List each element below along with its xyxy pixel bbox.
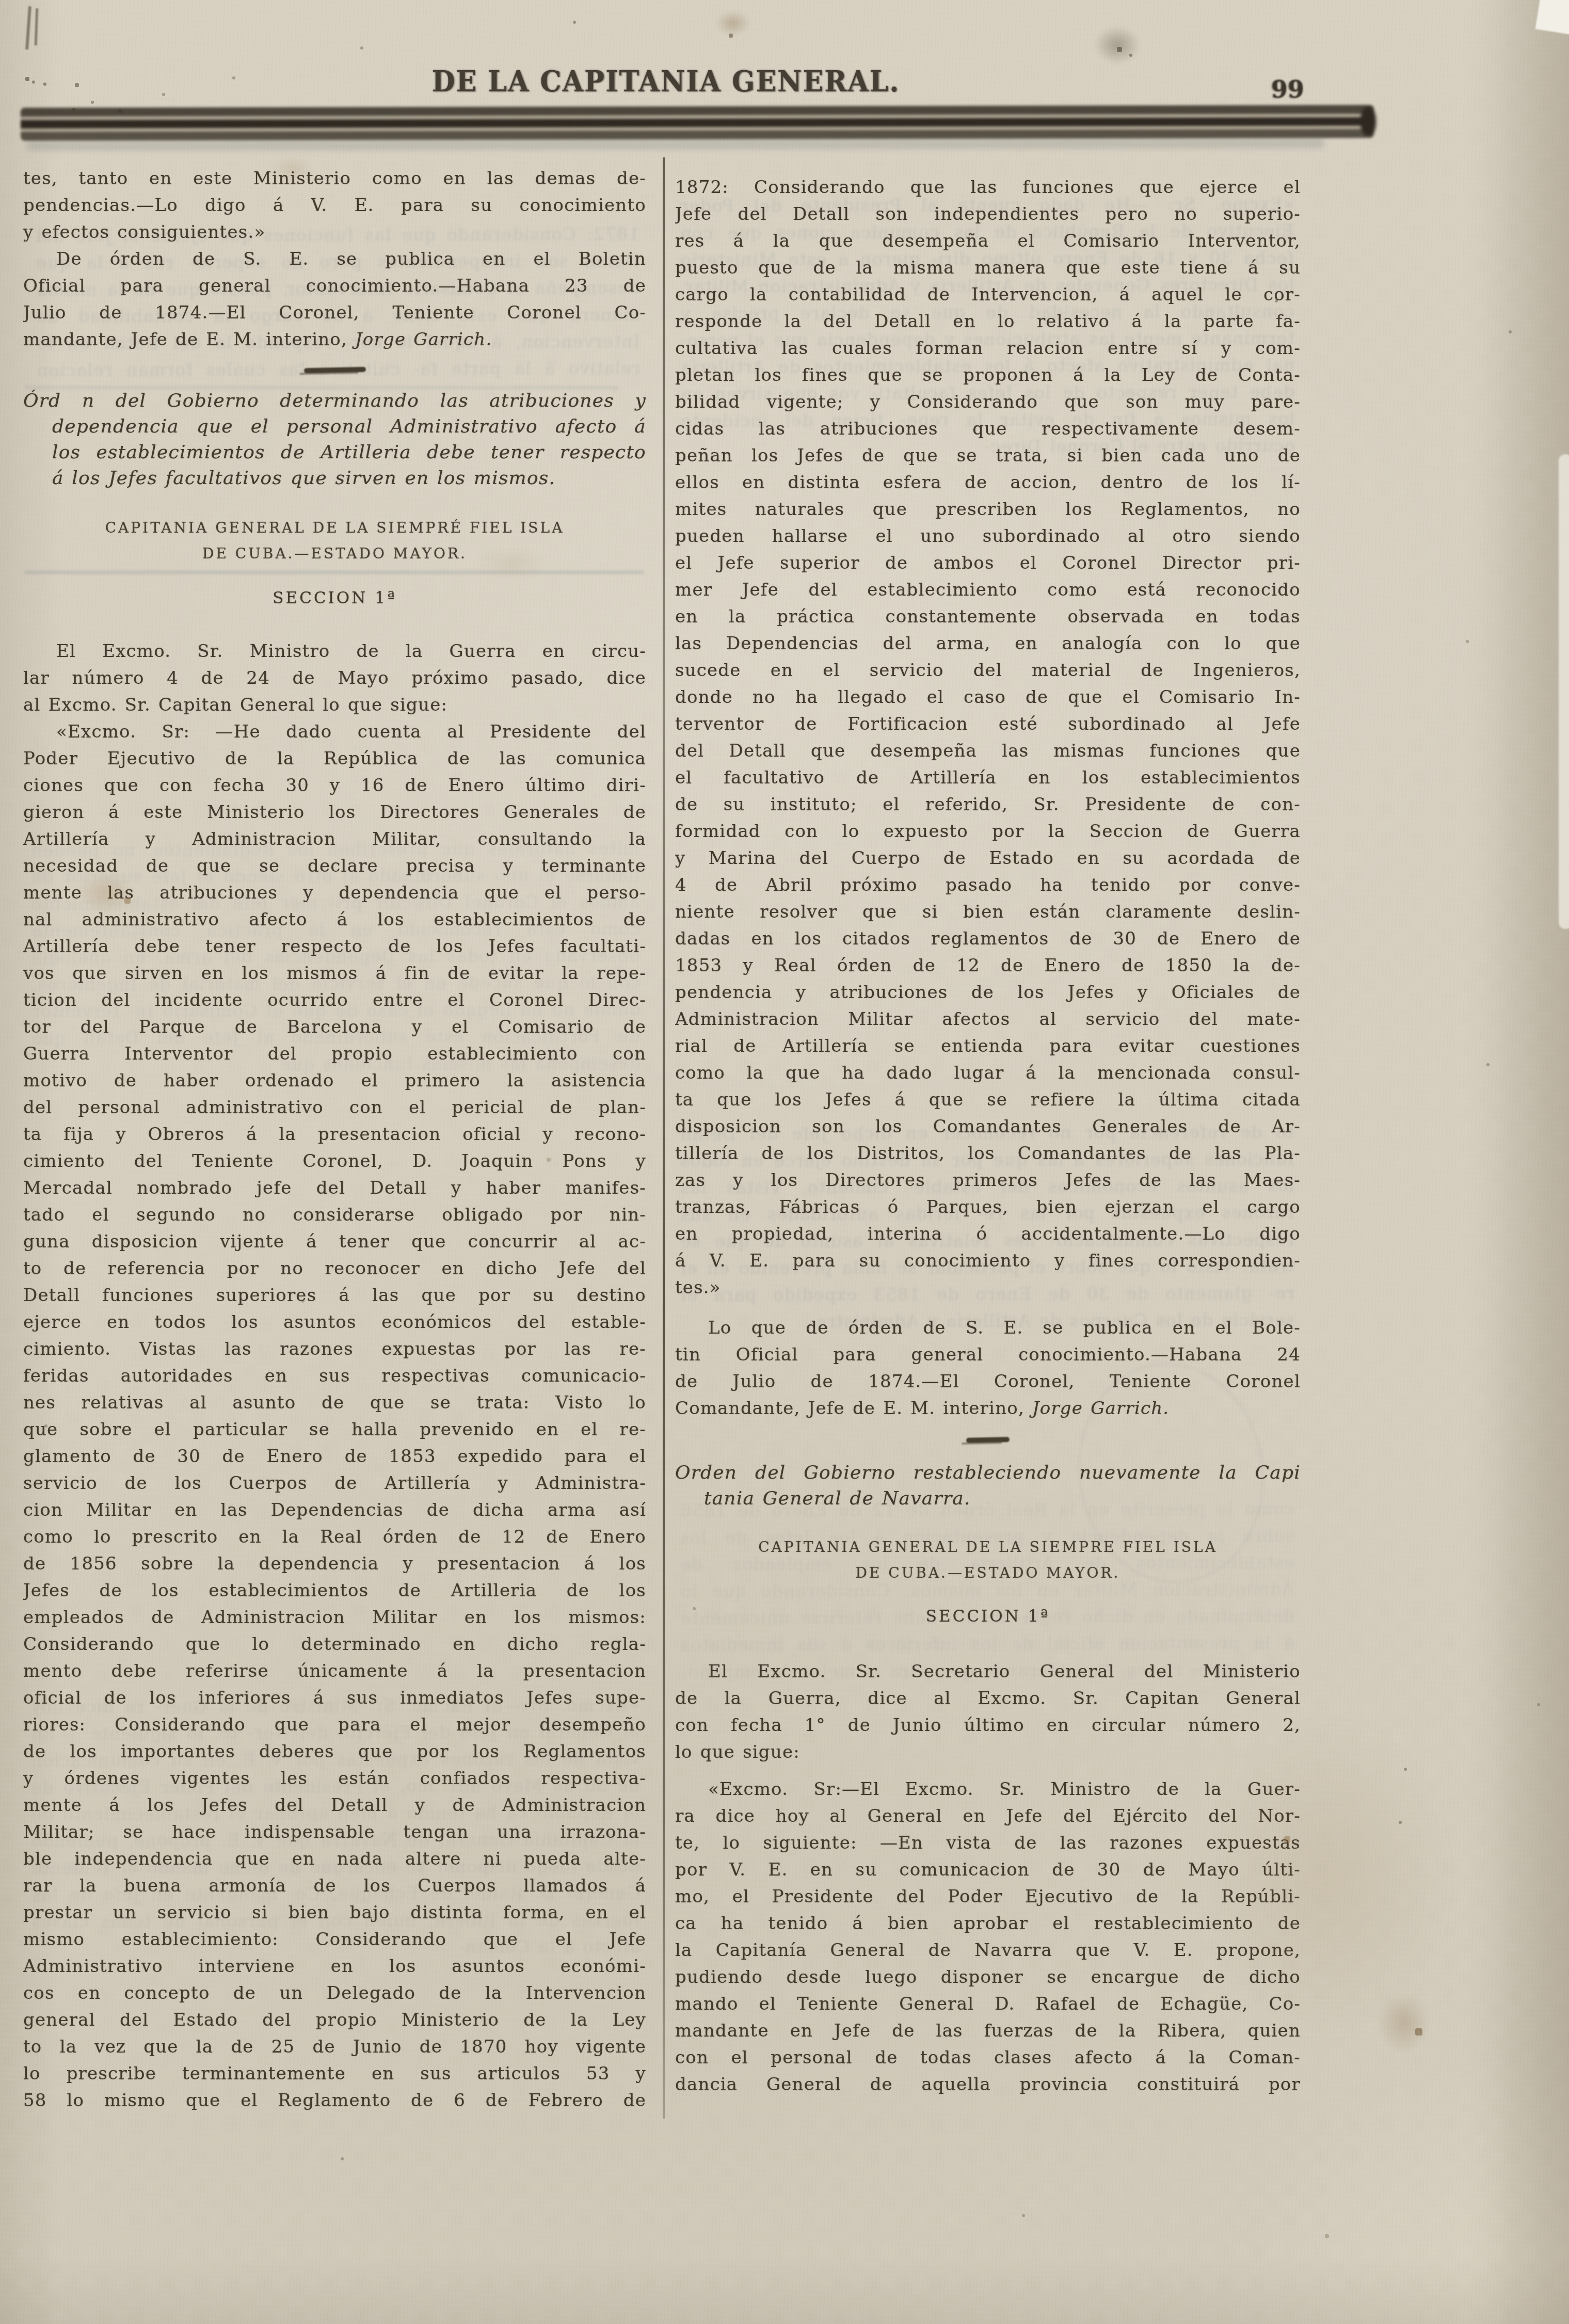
main-paragraph: «Excmo. Sr: —He dado cuenta al President… xyxy=(23,718,646,2114)
masthead-line-1: CAPITANIA GENERAL DE LA SIEMPRE FIEL ISL… xyxy=(675,1534,1301,1560)
left-column: tes, tanto en este Ministerio como en la… xyxy=(23,165,646,2114)
order-publication-paragraph: De órden de S. E. se publica en el Bolet… xyxy=(23,246,646,353)
quote-paragraph: «Excmo. Sr:—El Excmo. Sr. Ministro de la… xyxy=(675,1776,1301,2098)
masthead-line-1: CAPITANIA GENERAL DE LA SIEMPRÉ FIEL ISL… xyxy=(23,515,646,541)
column-divider xyxy=(663,157,665,2119)
masthead-line-2: DE CUBA.—ESTADO MAYOR. xyxy=(23,541,646,567)
article-divider-ornament xyxy=(303,367,365,374)
article-divider-ornament xyxy=(966,1437,1010,1443)
paper-stain xyxy=(1094,26,1141,65)
section-heading: SECCION 1ª xyxy=(23,585,646,611)
masthead: CAPITANIA GENERAL DE LA SIEMPRE FIEL ISL… xyxy=(675,1534,1301,1586)
paper-stain xyxy=(1378,1992,1430,2054)
page-number: 99 xyxy=(1259,75,1316,103)
page-edge-sliver xyxy=(1559,454,1569,929)
paragraph-continuation: tes, tanto en este Ministerio como en la… xyxy=(23,165,646,246)
intro-paragraph: El Excmo. Sr. Ministro de la Guerra en c… xyxy=(23,638,646,718)
order-publication-paragraph: Lo que de órden de S. E. se publica en e… xyxy=(675,1315,1301,1422)
header-title: DE LA CAPITANIA GENERAL. xyxy=(413,65,919,99)
article-summary-heading: Orden del Gobierno restableciendo nuevam… xyxy=(675,1460,1301,1512)
right-column: 1872: Considerando que las funciones que… xyxy=(675,174,1301,2098)
paper-stain xyxy=(715,10,751,36)
page: 1872: Considerando que las funciones que… xyxy=(0,0,1569,2324)
section-heading: SECCION 1ª xyxy=(675,1604,1301,1629)
ink-speck-layer xyxy=(0,0,1,1)
page-corner-sliver xyxy=(1535,0,1569,35)
page-right-edge-shading xyxy=(1481,0,1569,2324)
masthead: CAPITANIA GENERAL DE LA SIEMPRÉ FIEL ISL… xyxy=(23,515,646,567)
masthead-line-2: DE CUBA.—ESTADO MAYOR. xyxy=(675,1560,1301,1586)
header-rule xyxy=(21,105,1374,140)
intro-paragraph: El Excmo. Sr. Secretario General del Min… xyxy=(675,1658,1301,1766)
main-paragraph-continuation: 1872: Considerando que las funciones que… xyxy=(675,174,1301,1301)
page-bottom-edge-shading xyxy=(0,2257,1569,2324)
article-summary-heading: Órd n del Gobierno determinando las atri… xyxy=(23,388,646,491)
